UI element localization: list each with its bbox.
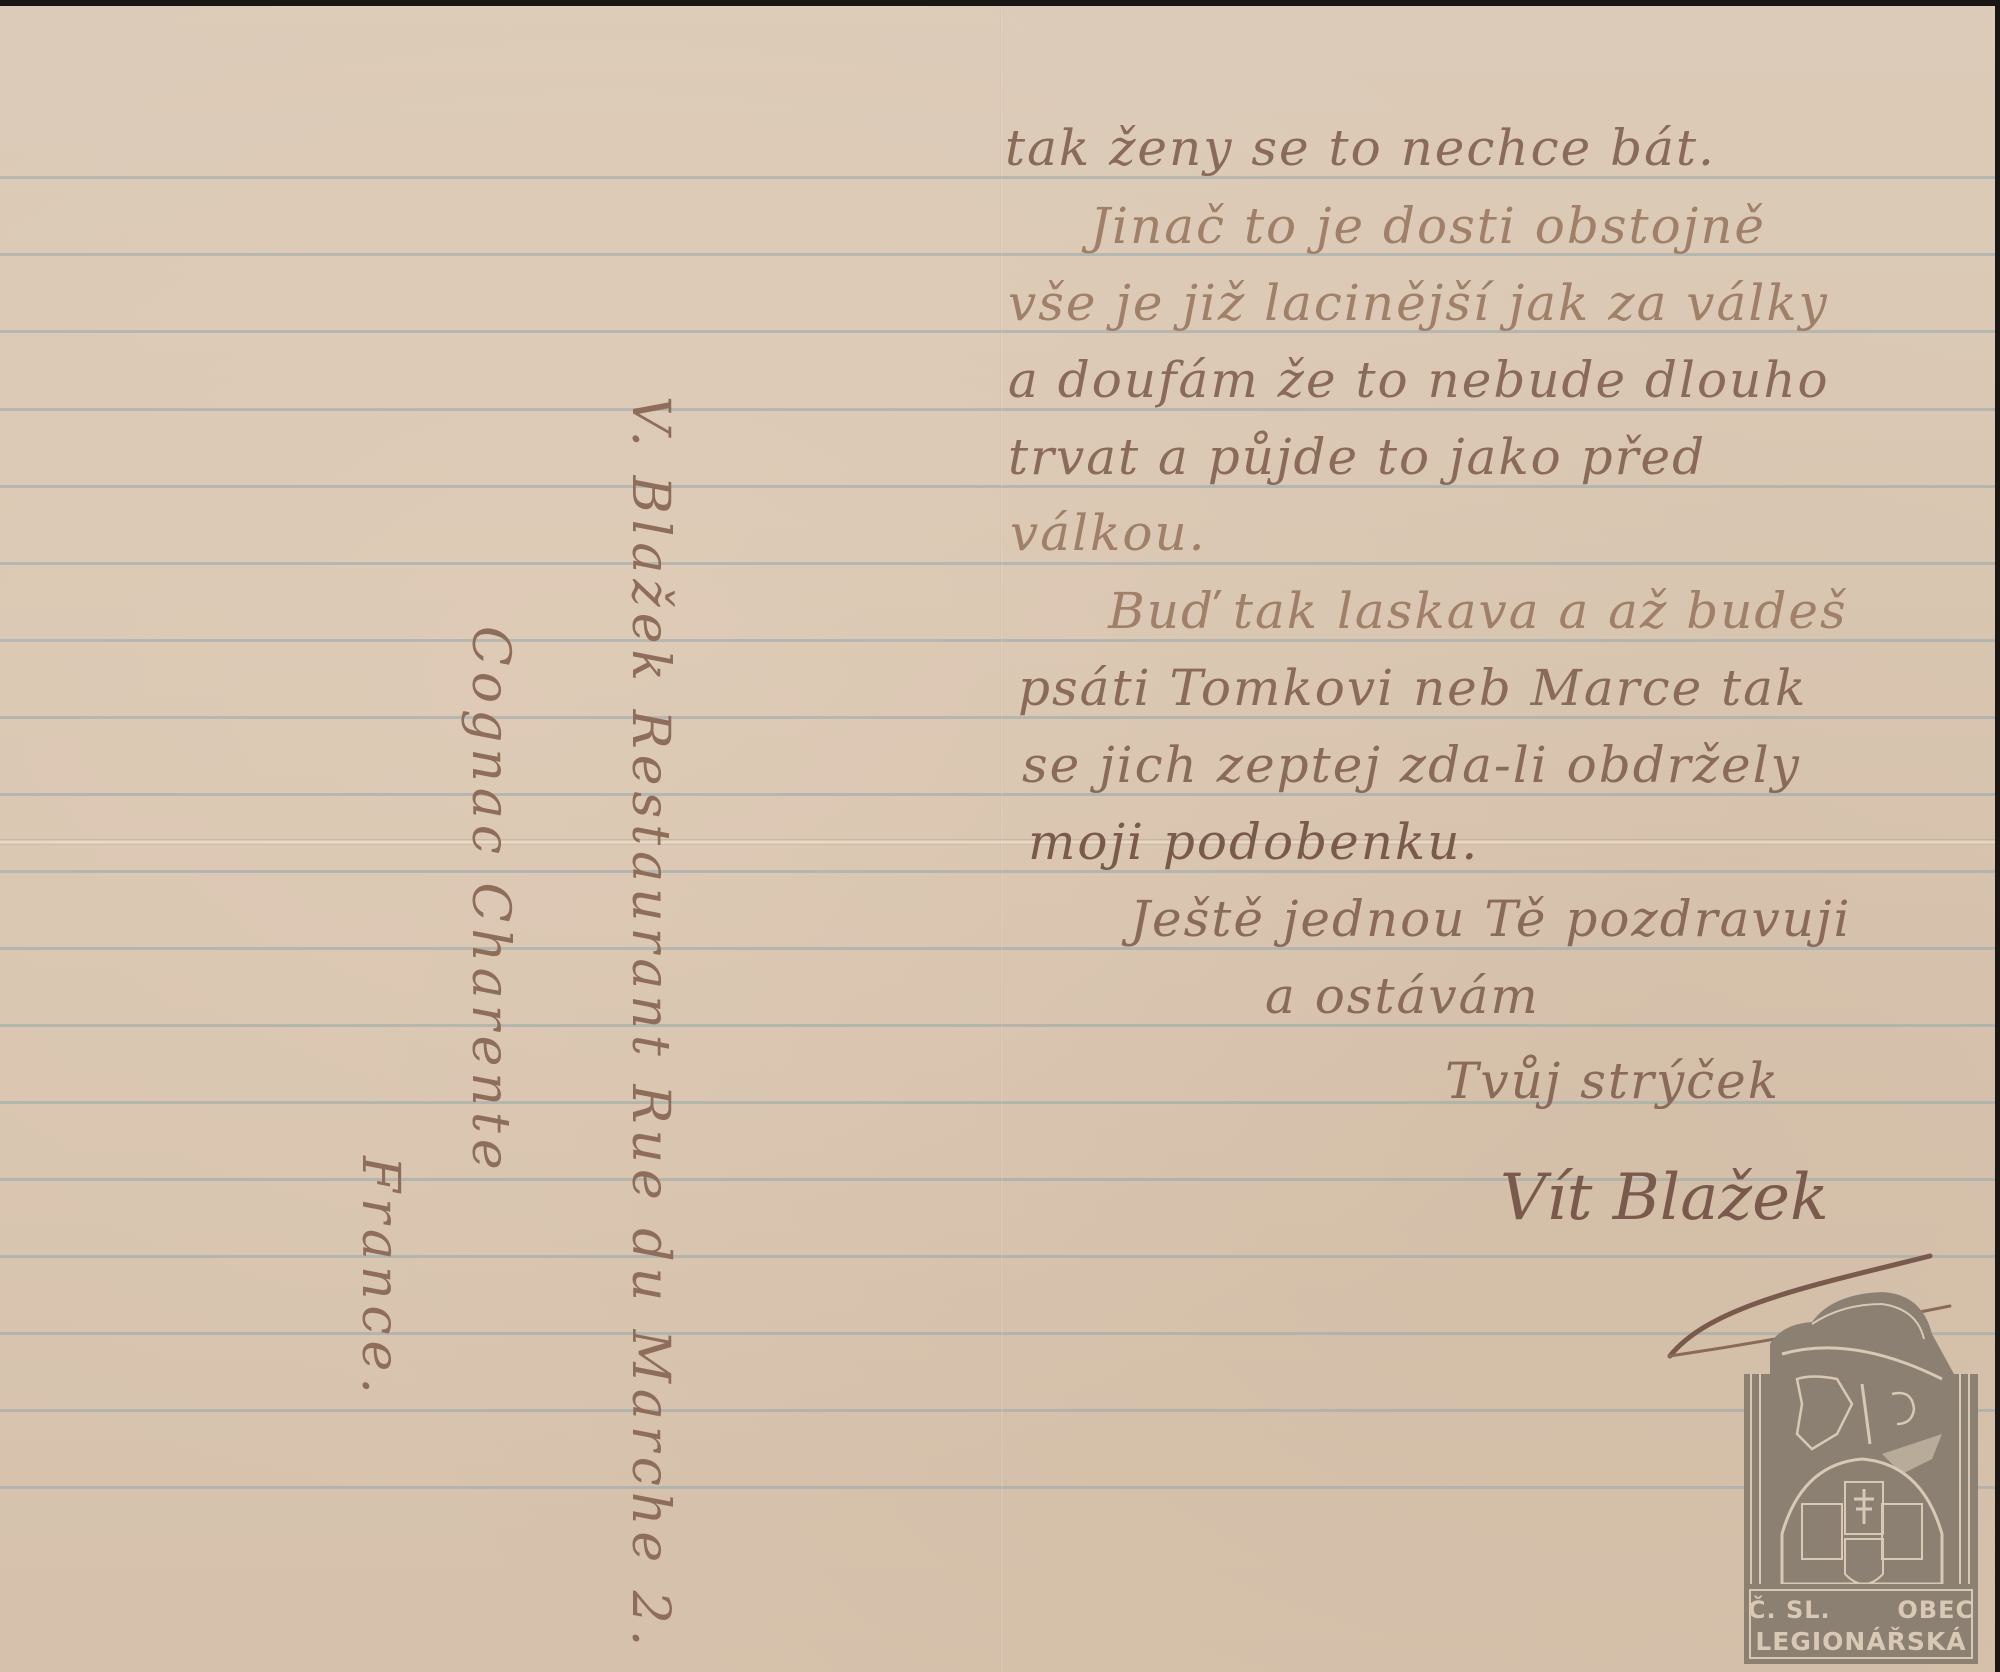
horizontal-fold (0, 839, 1995, 845)
letter-line: Buď tak laskava a až budeš (1108, 581, 1848, 641)
letter-closing: Tvůj strýček (1445, 1051, 1780, 1111)
ruled-line (0, 1024, 1995, 1027)
ruled-line (0, 562, 1995, 565)
address-line-2: Cognac Charente (460, 626, 520, 1176)
letter-line: moji podobenku. (1028, 812, 1479, 872)
vertical-fold (1000, 6, 1004, 1672)
letter-line: Ještě jednou Tě pozdravuji (1130, 889, 1851, 949)
letter-line: a doufám že to nebude dlouho (1008, 350, 1830, 410)
logo-text-obec: OBEC (1897, 1596, 1974, 1624)
ruled-line (0, 1486, 1995, 1489)
address-line-1: V. Blažek Restaurant Rue du Marche 2. (620, 396, 680, 1652)
ruled-line (0, 870, 1995, 873)
letter-line: a ostávám (1265, 966, 1540, 1026)
ruled-line (0, 1409, 1995, 1412)
logo-text-line2: LEGIONÁŘSKÁ (1742, 1627, 1980, 1656)
legion-logo-watermark: Č. SL. OBEC LEGIONÁŘSKÁ (1742, 1284, 1980, 1666)
address-line-3: France. (350, 1156, 410, 1400)
logo-text-csl: Č. SL. (1748, 1596, 1831, 1624)
signature: Vít Blažek (1500, 1161, 1829, 1235)
logo-text-line1: Č. SL. OBEC (1742, 1596, 1980, 1624)
letter-line: tak ženy se to nechce bát. (1005, 118, 1716, 178)
letter-line: vše je již lacinější jak za války (1008, 273, 1829, 333)
letter-line: se jich zeptej zda-li obdržely (1022, 735, 1801, 795)
letter-line: válkou. (1010, 503, 1207, 563)
letter-line: psáti Tomkovi neb Marce tak (1018, 658, 1807, 718)
letter-line: Jinač to je dosti obstojně (1090, 196, 1766, 256)
letter-line: trvat a půjde to jako před (1008, 427, 1706, 487)
letter-page: tak ženy se to nechce bát. Jinač to je d… (0, 6, 1995, 1672)
